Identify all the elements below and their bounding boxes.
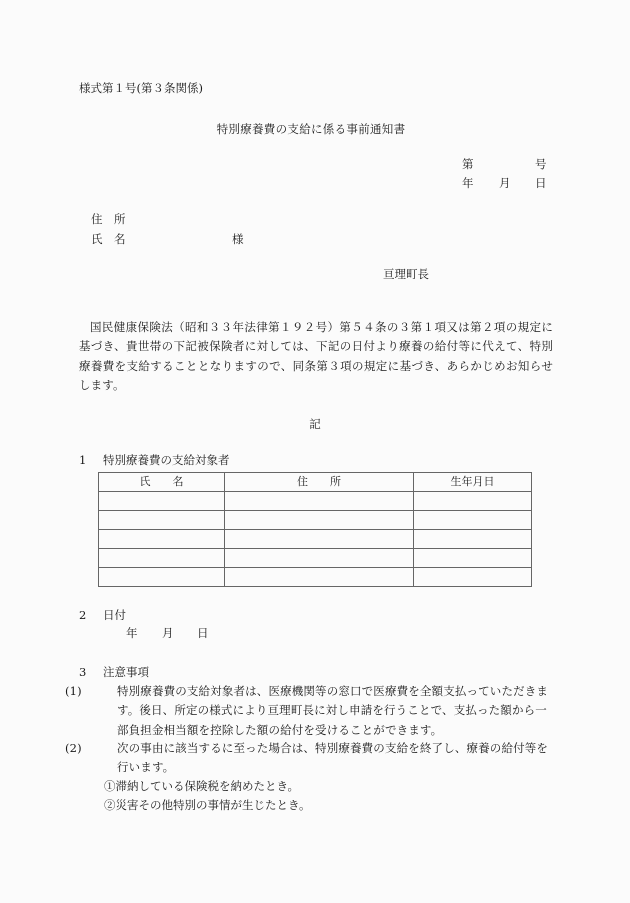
- note-1-marker: (1): [91, 682, 117, 701]
- address-cell: [225, 568, 414, 587]
- issue-date-year: 年: [462, 174, 474, 193]
- birthdate-cell: [414, 549, 532, 568]
- note-2-item-1: ①滞納している保険税を納めたとき。: [104, 777, 299, 796]
- birthdate-cell: [414, 492, 532, 511]
- note-2-item-2: ②災害その他特別の事情が生じたとき。: [104, 796, 311, 815]
- document-title: 特別療養費の支給に係る事前通知書: [0, 120, 630, 139]
- section-1-number: 1: [79, 451, 103, 470]
- form-number: 様式第１号(第３条関係): [79, 79, 203, 98]
- issue-date-month: 月: [499, 174, 511, 193]
- name-cell: [99, 530, 225, 549]
- section-3-title: 注意事項: [103, 665, 149, 679]
- note-1: (1)特別療養費の支給対象者は、医療機関等の窓口で医療費を全額支払っていただきま…: [91, 682, 553, 740]
- section-3-heading: 3注意事項: [79, 663, 149, 682]
- document-number-suffix: 号: [535, 155, 547, 174]
- issue-date-day: 日: [535, 174, 547, 193]
- name-cell: [99, 549, 225, 568]
- section-2-number: 2: [79, 606, 103, 625]
- address-cell: [225, 530, 414, 549]
- effective-date-year: 年: [126, 624, 138, 643]
- section-1-heading: 1特別療養費の支給対象者: [79, 451, 230, 470]
- name-cell: [99, 511, 225, 530]
- note-2-marker: (2): [91, 739, 117, 758]
- recipient-honorific: 様: [232, 230, 244, 249]
- note-2-paragraph: (2)次の事由に該当するに至った場合は、特別療養費の支給を終了し、療養の給付等を…: [91, 739, 553, 778]
- document-number-line: 第 号: [462, 155, 550, 174]
- issue-date-line: 年 月 日: [462, 174, 550, 193]
- table-row: [99, 530, 532, 549]
- section-2-title: 日付: [103, 608, 126, 622]
- document-number-prefix: 第: [462, 155, 474, 174]
- column-header-name: 氏 名: [99, 473, 225, 492]
- ki-heading: 記: [0, 415, 630, 434]
- column-header-birthdate: 生年月日: [414, 473, 532, 492]
- note-1-paragraph: (1)特別療養費の支給対象者は、医療機関等の窓口で医療費を全額支払っていただきま…: [91, 682, 553, 740]
- document-title-text: 特別療養費の支給に係る事前通知書: [217, 120, 406, 139]
- note-1-text: 特別療養費の支給対象者は、医療機関等の窓口で医療費を全額支払っていただきます。後…: [117, 684, 548, 737]
- sender-name: 亘理町長: [383, 265, 429, 284]
- address-cell: [225, 549, 414, 568]
- name-cell: [99, 568, 225, 587]
- body-paragraph: 国民健康保険法（昭和３３年法律第１９２号）第５４条の３第１項又は第２項の規定に基…: [79, 318, 553, 396]
- birthdate-cell: [414, 511, 532, 530]
- section-1-title: 特別療養費の支給対象者: [103, 453, 230, 467]
- recipient-address-label: 住 所: [91, 210, 126, 229]
- address-cell: [225, 492, 414, 511]
- address-cell: [225, 511, 414, 530]
- birthdate-cell: [414, 568, 532, 587]
- birthdate-cell: [414, 530, 532, 549]
- name-cell: [99, 492, 225, 511]
- recipient-name-label: 氏 名: [91, 230, 126, 249]
- table-row: [99, 568, 532, 587]
- note-2-text: 次の事由に該当するに至った場合は、特別療養費の支給を終了し、療養の給付等を行いま…: [117, 741, 548, 774]
- effective-date-day: 日: [197, 624, 209, 643]
- effective-date-month: 月: [162, 624, 174, 643]
- section-2-heading: 2日付: [79, 606, 126, 625]
- table-row: [99, 549, 532, 568]
- recipients-table: 氏 名 住 所 生年月日: [98, 472, 532, 587]
- table-header-row: 氏 名 住 所 生年月日: [99, 473, 532, 492]
- column-header-address: 住 所: [225, 473, 414, 492]
- table-row: [99, 511, 532, 530]
- section-3-number: 3: [79, 663, 103, 682]
- table-row: [99, 492, 532, 511]
- note-2: (2)次の事由に該当するに至った場合は、特別療養費の支給を終了し、療養の給付等を…: [91, 739, 553, 778]
